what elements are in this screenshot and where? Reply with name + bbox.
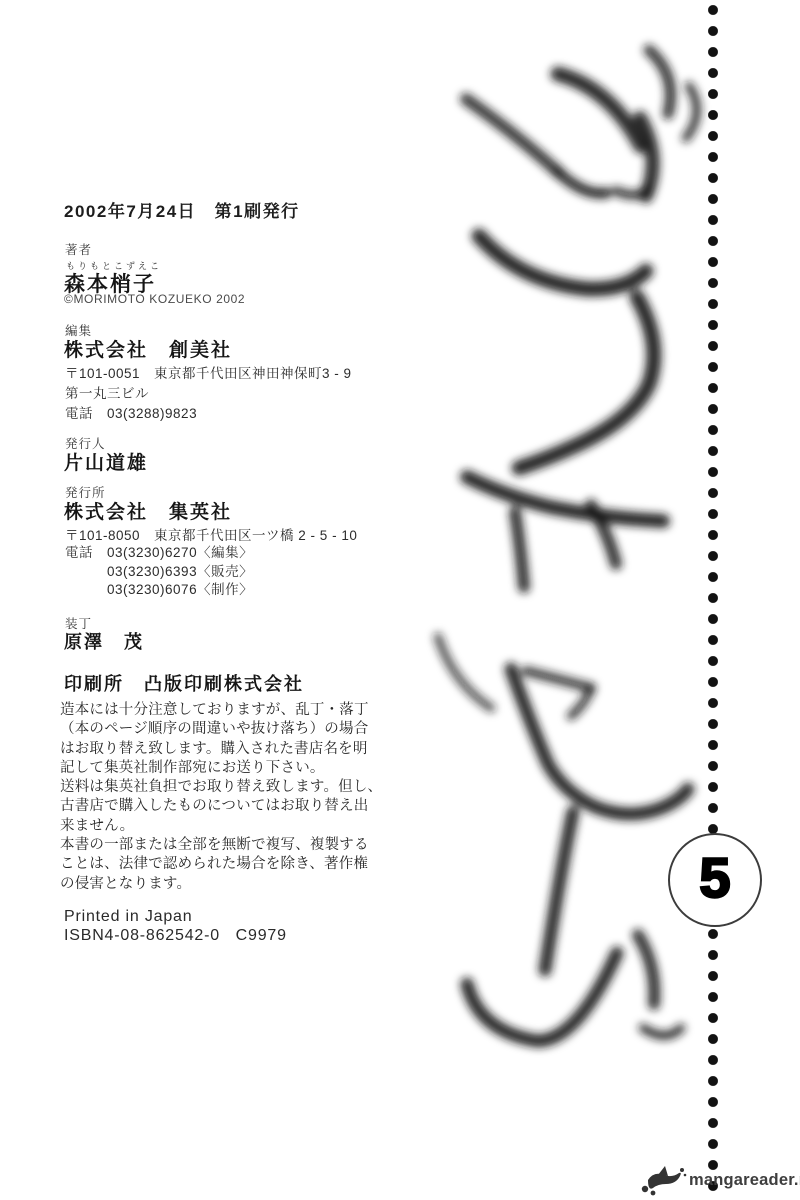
editing-company: 株式会社 創美社 [64, 335, 232, 362]
volume-number: 5 [699, 850, 730, 910]
watermark-text: mangareader.net [689, 1171, 800, 1190]
editing-phone: 電話 03(3288)9823 [65, 402, 197, 422]
design-name: 原澤 茂 [64, 628, 144, 654]
print-date-line: 2002年7月24日 第1刷発行 [64, 197, 300, 222]
author-label: 著者 [65, 240, 92, 258]
editing-address-1: 〒101-0051 東京都千代田区神田神保町3 - 9 [65, 362, 352, 382]
legal-notice: 造本には十分注意しておりますが、乱丁・落丁 （本のページ順序の間違いや抜け落ち）… [60, 701, 438, 894]
publisher-phone-numbers: 03(3230)6270〈編集〉 03(3230)6393〈販売〉 03(323… [107, 544, 253, 600]
volume-badge: 5 [668, 833, 762, 927]
site-watermark: mangareader.net [638, 1163, 800, 1197]
publisher-company: 株式会社 集英社 [64, 497, 232, 524]
publisher-phones: 電話 03(3230)6270〈編集〉 03(3230)6393〈販売〉 03(… [65, 544, 253, 600]
publisher-person-name: 片山道雄 [64, 448, 148, 475]
title-calligraphy-artwork [0, 0, 800, 1200]
isbn-line: ISBN4-08-862542-0 C9979 [64, 927, 287, 945]
publisher-phone-label: 電話 [65, 544, 93, 600]
printer-line: 印刷所 凸版印刷株式会社 [64, 670, 304, 696]
copyright-line: ©MORIMOTO KOZUEKO 2002 [64, 292, 245, 306]
mangareader-logo-icon [638, 1163, 688, 1197]
editing-address-2: 第一丸三ビル [65, 382, 149, 402]
colophon-page: 2002年7月24日 第1刷発行 著者 もりもとこずえこ 森本梢子 ©MORIM… [0, 0, 800, 1200]
dotted-separator-line [708, 5, 718, 1197]
publisher-address: 〒101-8050 東京都千代田区一ツ橋 2 - 5 - 10 [65, 524, 357, 544]
printed-in-line: Printed in Japan [64, 908, 192, 926]
